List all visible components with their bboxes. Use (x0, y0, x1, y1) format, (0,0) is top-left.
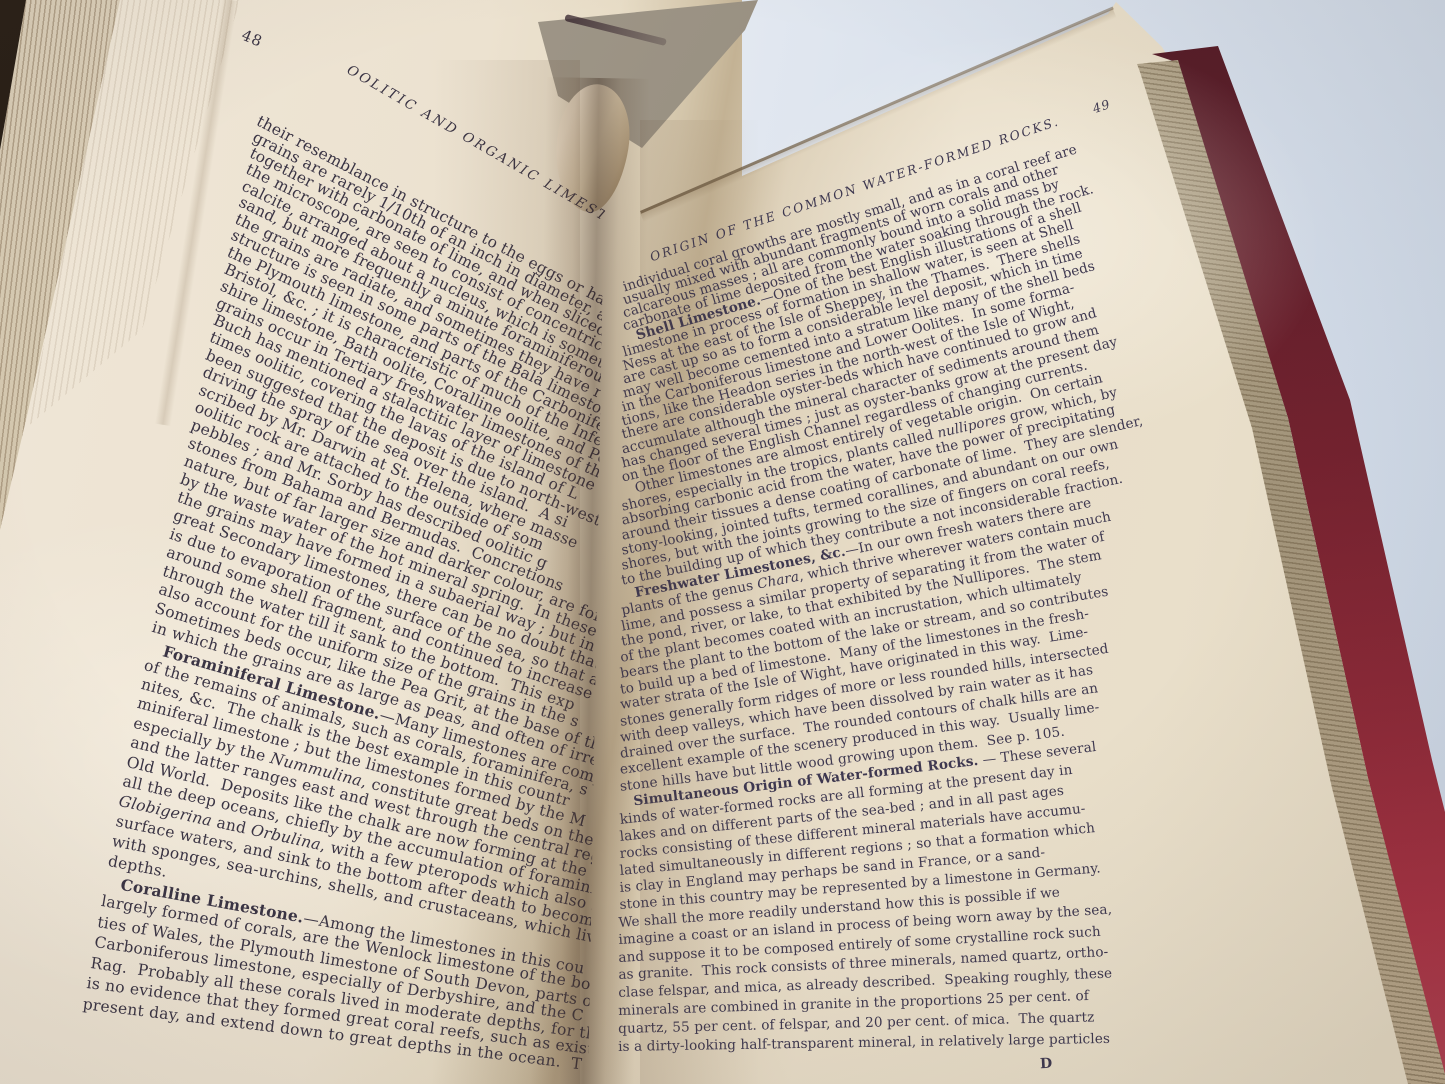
signature-mark: D (1040, 1056, 1053, 1073)
left-page-fold-shadow (430, 60, 580, 1084)
right-page-number: 49 (1091, 96, 1113, 116)
right-page-fold-shadow (640, 120, 760, 1084)
open-book-photo: 48 OOLITIC AND ORGANIC LIMESTONES their … (0, 0, 1445, 1084)
left-page-number: 48 (239, 26, 265, 51)
